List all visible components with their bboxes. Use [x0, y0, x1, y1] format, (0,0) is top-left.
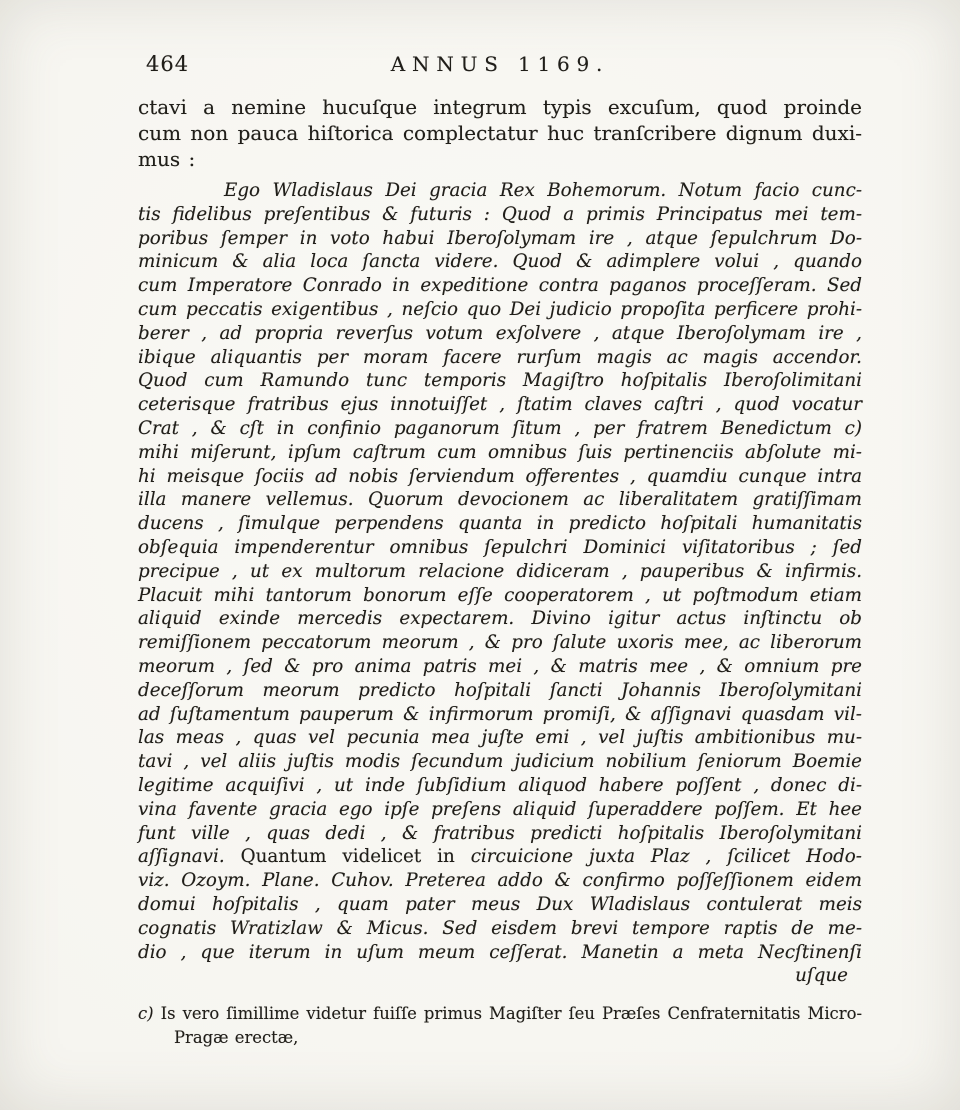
text-segment: meorum , ſed & pro anima patris mei , & …	[138, 656, 862, 677]
text-segment: viz. Ozoym. Plane. Cuhov. Preterea addo …	[138, 870, 862, 891]
text-line: precipue , ut ex multorum relacione didi…	[138, 560, 862, 584]
text-line: legitime acquiſivi , ut inde ſubſidium a…	[138, 774, 862, 798]
text-line: dio , que iterum in uſum meum ceſſerat. …	[138, 941, 862, 965]
text-segment: deceſſorum meorum predicto hoſpitali ſan…	[138, 680, 862, 701]
catchword: uſque	[138, 964, 862, 988]
text-line: deceſſorum meorum predicto hoſpitali ſan…	[138, 679, 862, 703]
text-line: viz. Ozoym. Plane. Cuhov. Preterea addo …	[138, 869, 862, 893]
text-segment: cognatis Wratizlaw & Micus. Sed eisdem b…	[138, 918, 862, 939]
text-segment: berer , ad propria reverſus votum exſolv…	[138, 323, 862, 344]
text-segment: ducens , ſimulque perpendens quanta in p…	[138, 513, 862, 534]
text-line: mus :	[138, 146, 862, 172]
text-line: minicum & alia loca ſancta videre. Quod …	[138, 250, 862, 274]
letter-paragraph: Ego Wladislaus Dei gracia Rex Bohemorum.…	[138, 179, 862, 964]
text-line: ad ſuſtamentum pauperum & infirmorum pro…	[138, 703, 862, 727]
text-line: cum non pauca hiſtorica complectatur huc…	[138, 120, 862, 146]
text-line: mihi miſerunt, ipſum caſtrum cum omnibus…	[138, 441, 862, 465]
text-block: 464 ANNUS 1169. ctavi a nemine hucuſque …	[138, 50, 862, 1050]
text-segment: tis fidelibus preſentibus & futuris : Qu…	[138, 204, 862, 225]
text-line: illa manere vellemus. Quorum devocionem …	[138, 488, 862, 512]
text-segment: precipue , ut ex multorum relacione didi…	[138, 561, 862, 582]
text-line: cum peccatis exigentibus , neſcio quo De…	[138, 298, 862, 322]
text-segment: remiſſionem peccatorum meorum , & pro ſa…	[138, 632, 862, 653]
text-segment: Quantum videlicet in	[241, 846, 471, 867]
text-segment: Quod cum Ramundo tunc temporis Magiſtro …	[138, 370, 862, 391]
text-line: ibique aliquantis per moram facere rurſu…	[138, 346, 862, 370]
text-segment: illa manere vellemus. Quorum devocionem …	[138, 489, 862, 510]
text-line: poribus ſemper in voto habui Iberoſolyma…	[138, 227, 862, 251]
text-segment: cum non pauca hiſtorica complectatur huc…	[138, 121, 862, 145]
text-line: remiſſionem peccatorum meorum , & pro ſa…	[138, 631, 862, 655]
text-line: ducens , ſimulque perpendens quanta in p…	[138, 512, 862, 536]
text-line: las meas , quas vel pecunia mea juſte em…	[138, 726, 862, 750]
text-line: hi meisque ſociis ad nobis ſerviendum of…	[138, 465, 862, 489]
text-line: Ego Wladislaus Dei gracia Rex Bohemorum.…	[138, 179, 862, 203]
text-line: Placuit mihi tantorum bonorum eſſe coope…	[138, 584, 862, 608]
text-line: domui hoſpitalis , quam pater meus Dux W…	[138, 893, 862, 917]
text-segment: ceterisque fratribus ejus innotuiſſet , …	[138, 394, 862, 415]
text-segment: funt ville , quas dedi , & fratribus pre…	[138, 823, 862, 844]
text-segment: Crat , & cſt in confinio paganorum ſitum…	[138, 418, 862, 439]
intro-paragraph: ctavi a nemine hucuſque integrum typis e…	[138, 94, 862, 172]
text-segment: Is vero ſimillime videtur fuiſſe primus …	[161, 1004, 862, 1023]
text-line: aſſignavi. Quantum videlicet in circuici…	[138, 845, 862, 869]
text-line: Crat , & cſt in confinio paganorum ſitum…	[138, 417, 862, 441]
running-header: 464 ANNUS 1169.	[138, 50, 862, 80]
text-segment: vina favente gracia ego ipſe preſens ali…	[138, 799, 862, 820]
text-line: aliquid exinde mercedis expectarem. Divi…	[138, 607, 862, 631]
text-line: berer , ad propria reverſus votum exſolv…	[138, 322, 862, 346]
text-segment: aſſignavi.	[138, 846, 241, 867]
text-segment: cum peccatis exigentibus , neſcio quo De…	[138, 299, 862, 320]
text-line: cum Imperatore Conrado in expeditione co…	[138, 274, 862, 298]
text-segment: tavi , vel aliis juſtis modis ſecundum j…	[138, 751, 862, 772]
text-segment: mihi miſerunt, ipſum caſtrum cum omnibus…	[138, 442, 862, 463]
text-line: ctavi a nemine hucuſque integrum typis e…	[138, 94, 862, 120]
text-line: tis fidelibus preſentibus & futuris : Qu…	[138, 203, 862, 227]
text-line: funt ville , quas dedi , & fratribus pre…	[138, 822, 862, 846]
text-segment: ctavi a nemine hucuſque integrum typis e…	[138, 95, 862, 119]
text-line: vina favente gracia ego ipſe preſens ali…	[138, 798, 862, 822]
text-segment: dio , que iterum in uſum meum ceſſerat. …	[138, 942, 862, 963]
text-line: meorum , ſed & pro anima patris mei , & …	[138, 655, 862, 679]
text-line: obſequia impenderentur omnibus ſepulchri…	[138, 536, 862, 560]
text-segment: minicum & alia loca ſancta videre. Quod …	[138, 251, 862, 272]
text-segment: hi meisque ſociis ad nobis ſerviendum of…	[138, 466, 862, 487]
text-segment: circuicione juxta Plaz , ſcilicet Hodo-	[471, 846, 862, 867]
text-segment: c)	[138, 1004, 161, 1023]
text-segment: obſequia impenderentur omnibus ſepulchri…	[138, 537, 862, 558]
footnote: c) Is vero ſimillime videtur fuiſſe prim…	[138, 1002, 862, 1050]
text-segment: cum Imperatore Conrado in expeditione co…	[138, 275, 862, 296]
text-line: tavi , vel aliis juſtis modis ſecundum j…	[138, 750, 862, 774]
text-segment: ibique aliquantis per moram facere rurſu…	[138, 347, 862, 368]
text-line: Quod cum Ramundo tunc temporis Magiſtro …	[138, 369, 862, 393]
scanned-book-page: 464 ANNUS 1169. ctavi a nemine hucuſque …	[0, 0, 960, 1110]
text-segment: domui hoſpitalis , quam pater meus Dux W…	[138, 894, 862, 915]
text-segment: legitime acquiſivi , ut inde ſubſidium a…	[138, 775, 862, 796]
text-segment: aliquid exinde mercedis expectarem. Divi…	[138, 608, 862, 629]
text-segment: Ego Wladislaus Dei gracia Rex Bohemorum.…	[224, 180, 862, 201]
text-segment: mus :	[138, 147, 195, 171]
running-title: ANNUS 1169.	[138, 52, 862, 76]
text-line: ceterisque fratribus ejus innotuiſſet , …	[138, 393, 862, 417]
text-segment: Pragæ erectæ,	[174, 1028, 298, 1047]
text-line: Pragæ erectæ,	[174, 1026, 862, 1050]
text-line: cognatis Wratizlaw & Micus. Sed eisdem b…	[138, 917, 862, 941]
text-segment: poribus ſemper in voto habui Iberoſolyma…	[138, 228, 862, 249]
text-segment: Placuit mihi tantorum bonorum eſſe coope…	[138, 585, 862, 606]
text-segment: las meas , quas vel pecunia mea juſte em…	[138, 727, 862, 748]
text-segment: ad ſuſtamentum pauperum & infirmorum pro…	[138, 704, 862, 725]
text-line: c) Is vero ſimillime videtur fuiſſe prim…	[138, 1002, 862, 1026]
